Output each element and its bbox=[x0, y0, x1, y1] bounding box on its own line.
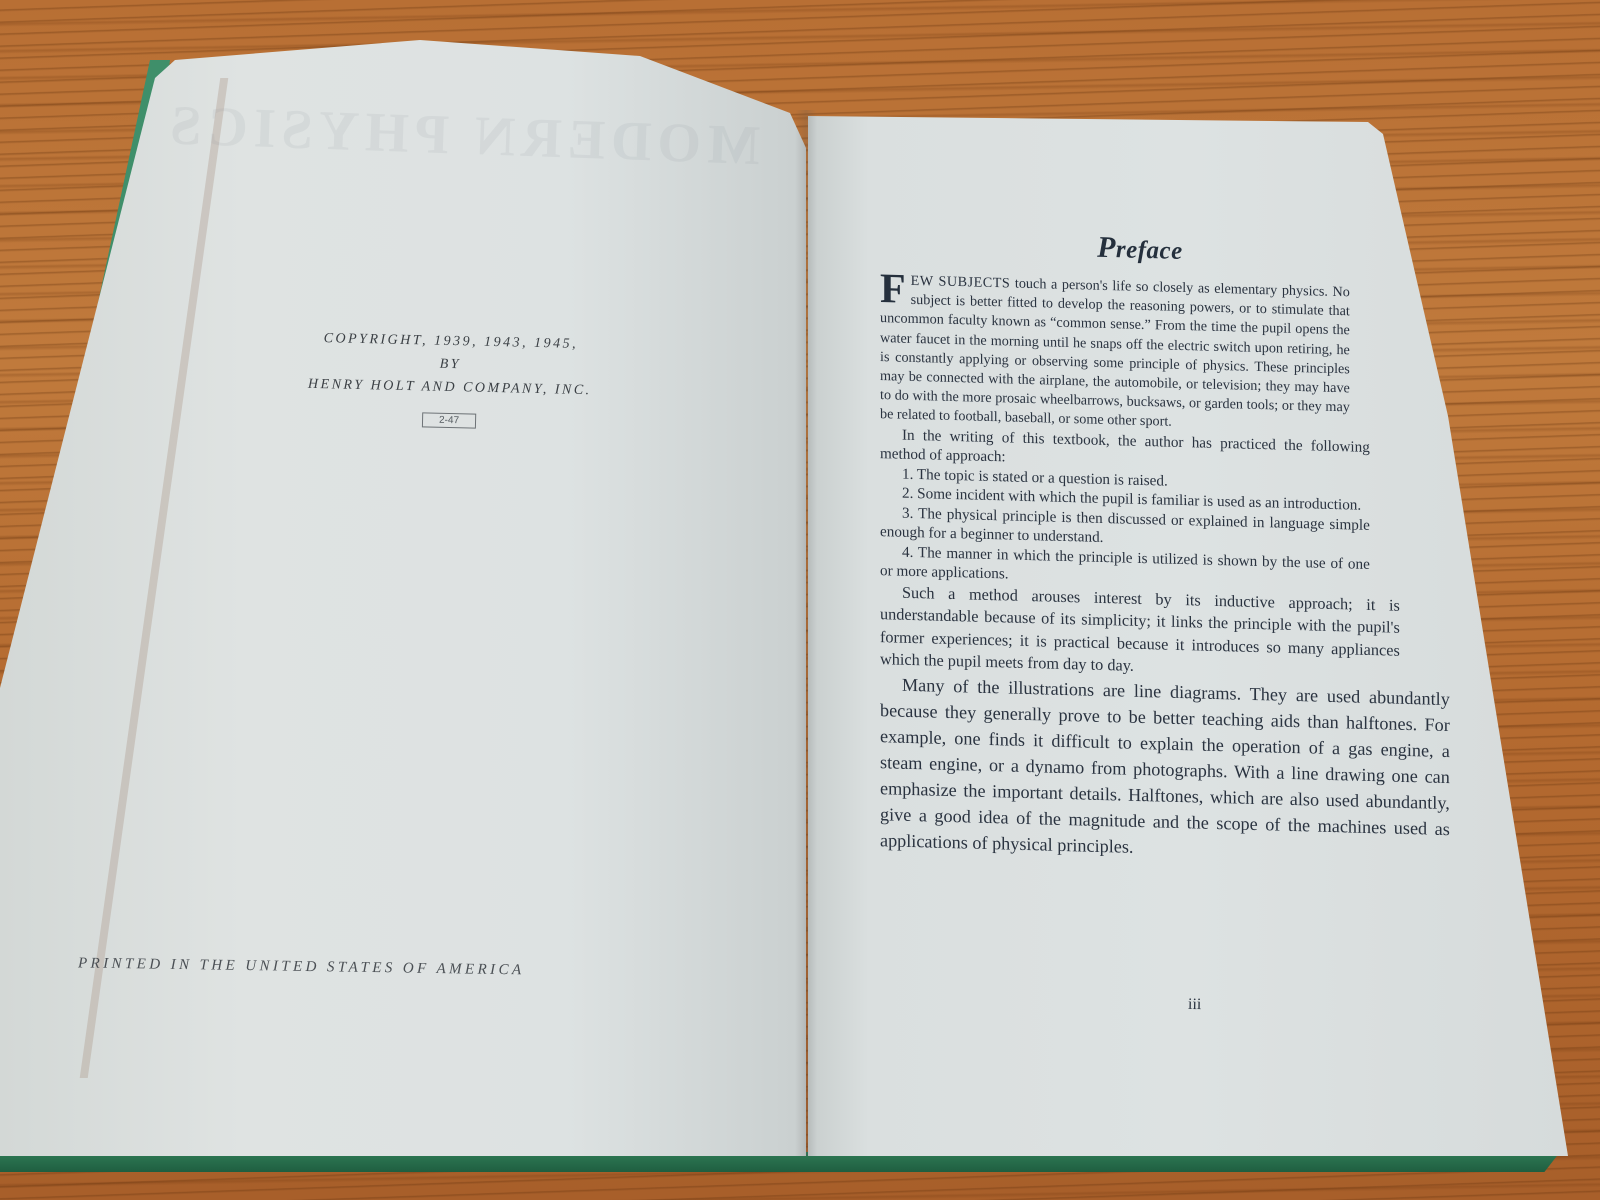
book-gutter bbox=[795, 110, 817, 1156]
method-section: In the writing of this textbook, the aut… bbox=[880, 425, 1370, 594]
drop-cap: F bbox=[880, 272, 906, 307]
print-code-box: 2-47 bbox=[422, 412, 476, 428]
preface-paragraph-1: FEW SUBJECTS touch a person's life so cl… bbox=[880, 271, 1350, 437]
opening-smallcaps: EW SUBJECTS bbox=[911, 273, 1011, 292]
preface-section: Preface FEW SUBJECTS touch a person's li… bbox=[880, 225, 1480, 869]
page-number: iii bbox=[1188, 996, 1202, 1014]
title-cap: P bbox=[1097, 231, 1116, 265]
copyright-notice: COPYRIGHT, 1939, 1943, 1945, BY HENRY HO… bbox=[269, 326, 631, 432]
preface-paragraph-3: Such a method arouses interest by its in… bbox=[880, 581, 1400, 685]
title-rest: reface bbox=[1116, 236, 1183, 265]
preface-paragraph-4: Many of the illustrations are line diagr… bbox=[880, 671, 1450, 868]
paragraph-1-text: touch a person's life so closely as elem… bbox=[880, 275, 1350, 430]
